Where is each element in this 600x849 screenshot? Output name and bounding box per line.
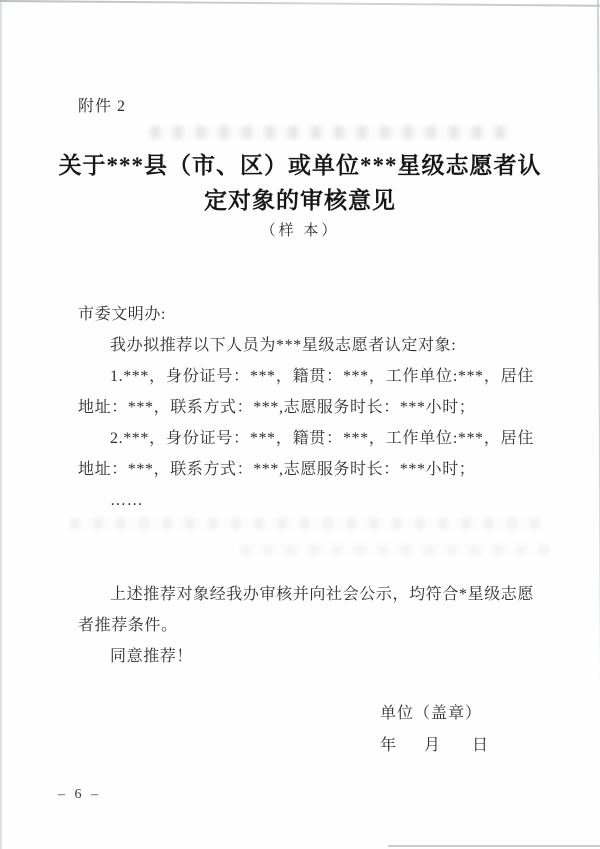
intro-paragraph: 我办拟推荐以下人员为***星级志愿者认定对象:: [78, 330, 534, 361]
date-month-label: 月: [424, 730, 441, 762]
document-body: 市委文明办: 我办拟推荐以下人员为***星级志愿者认定对象: 1.***，身份证…: [78, 299, 534, 672]
document-subtitle: （样 本）: [0, 219, 600, 240]
list-item: 1.***，身份证号：***，籍贯：***，工作单位:***，居住地址：***，…: [78, 361, 534, 423]
closing-paragraph: 上述推荐对象经我办审核并向社会公示，均符合*星级志愿者推荐条件。: [78, 579, 534, 641]
page-number: – 6 –: [58, 787, 101, 803]
list-item: 2.***，身份证号：***，籍贯：***，工作单位:***，居住地址：***，…: [78, 423, 534, 485]
scan-edge-top: [0, 0, 600, 7]
ellipsis-line: ……: [78, 485, 534, 516]
document-title-line1: 关于***县（市、区）或单位***星级志愿者认: [59, 153, 542, 178]
signature-unit-label: 单位（盖章）: [380, 698, 489, 730]
scanned-document-page: 附件 2 关于***县（市、区）或单位***星级志愿者认 定对象的审核意见 （样…: [0, 0, 600, 849]
signature-block: 单位（盖章） 年 月 日: [380, 698, 489, 762]
document-title: 关于***县（市、区）或单位***星级志愿者认 定对象的审核意见: [40, 148, 560, 218]
scan-edge-left: [0, 0, 2, 849]
document-title-line2: 定对象的审核意见: [204, 188, 396, 213]
salutation: 市委文明办:: [78, 299, 534, 330]
signature-date-line: 年 月 日: [380, 730, 489, 762]
date-day-label: 日: [472, 730, 489, 762]
scan-edge-bottom-right: [388, 845, 600, 847]
attachment-label: 附件 2: [78, 93, 126, 116]
approval-line: 同意推荐！: [78, 641, 534, 672]
scan-ghosting-artifact: [150, 126, 510, 139]
date-year-label: 年: [380, 730, 397, 762]
